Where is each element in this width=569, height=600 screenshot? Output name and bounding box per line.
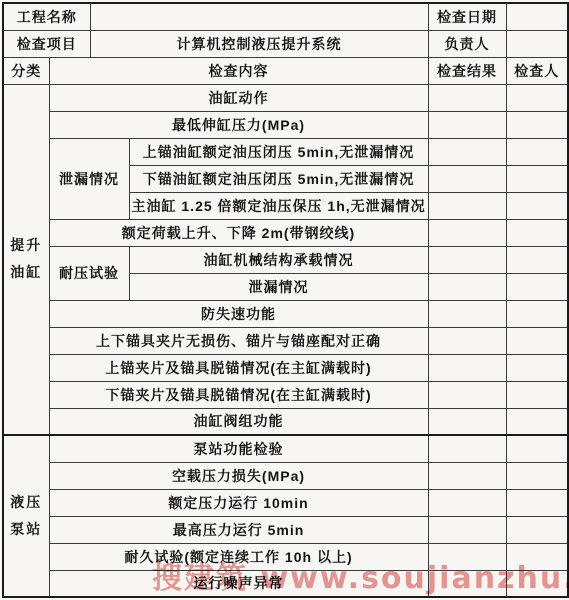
table-row: 液压 泵站 泵站功能检验 [3, 435, 568, 462]
inspector-cell [506, 84, 568, 111]
result-cell [428, 489, 506, 516]
result-cell [428, 246, 506, 273]
inspector-cell [506, 138, 568, 165]
inspection-item-label: 检查项目 [3, 30, 90, 57]
table-row: 耐压试验 油缸机械结构承载情况 [3, 246, 568, 273]
inspection-date-value [506, 3, 568, 30]
column-header-content: 检查内容 [49, 57, 428, 84]
inspector-cell [506, 381, 568, 408]
inspector-cell [506, 192, 568, 219]
content-cell: 最低伸缸压力(MPa) [49, 111, 428, 138]
table-row: 最低伸缸压力(MPa) [3, 111, 568, 138]
content-cell: 额定压力运行 10min [49, 489, 428, 516]
column-header-inspector: 检查人 [506, 57, 568, 84]
result-cell [428, 84, 506, 111]
header-row-project: 工程名称 检查日期 [3, 3, 568, 30]
inspector-cell [506, 300, 568, 327]
result-cell [428, 435, 506, 462]
inspector-cell [506, 435, 568, 462]
project-name-value [90, 3, 428, 30]
result-cell [428, 165, 506, 192]
column-header-row: 分类 检查内容 检查结果 检查人 [3, 57, 568, 84]
content-cell: 最高压力运行 5min [49, 516, 428, 543]
table-row: 上锚夹片及锚具脱锚情况(在主缸满载时) [3, 354, 568, 381]
header-row-item: 检查项目 计算机控制液压提升系统 负责人 [3, 30, 568, 57]
result-cell [428, 408, 506, 435]
group-cell-pressure-test: 耐压试验 [49, 246, 129, 300]
content-cell: 油缸机械结构承载情况 [129, 246, 428, 273]
result-cell [428, 327, 506, 354]
result-cell [428, 273, 506, 300]
inspector-cell [506, 327, 568, 354]
content-cell: 泵站功能检验 [49, 435, 428, 462]
manager-label: 负责人 [428, 30, 506, 57]
inspector-cell [506, 516, 568, 543]
inspection-date-label: 检查日期 [428, 3, 506, 30]
inspector-cell [506, 489, 568, 516]
table-row: 下锚夹片及锚具脱锚情况(在主缸满载时) [3, 381, 568, 408]
content-cell: 主油缸 1.25 倍额定油压保压 1h,无泄漏情况 [129, 192, 428, 219]
inspector-cell [506, 219, 568, 246]
content-cell: 泄漏情况 [129, 273, 428, 300]
result-cell [428, 462, 506, 489]
category-cell-lift-cylinder: 提升 油缸 [3, 84, 49, 435]
inspection-item-value: 计算机控制液压提升系统 [90, 30, 428, 57]
content-cell: 上下锚具夹片无损伤、锚片与锚座配对正确 [49, 327, 428, 354]
result-cell [428, 300, 506, 327]
group-cell-leakage: 泄漏情况 [49, 138, 129, 219]
result-cell [428, 138, 506, 165]
content-cell: 空载压力损失(MPa) [49, 462, 428, 489]
inspector-cell [506, 408, 568, 435]
column-header-category: 分类 [3, 57, 49, 84]
result-cell [428, 111, 506, 138]
inspector-cell [506, 111, 568, 138]
result-cell [428, 219, 506, 246]
inspector-cell [506, 246, 568, 273]
inspector-cell [506, 462, 568, 489]
site-watermark: 搜建筑 www.soujianzhu.cn [152, 553, 569, 597]
manager-value [506, 30, 568, 57]
content-cell: 额定荷载上升、下降 2m(带钢绞线) [49, 219, 428, 246]
table-row: 最高压力运行 5min [3, 516, 568, 543]
content-cell: 防失速功能 [49, 300, 428, 327]
result-cell [428, 192, 506, 219]
inspector-cell [506, 354, 568, 381]
table-row: 防失速功能 [3, 300, 568, 327]
content-cell: 下锚夹片及锚具脱锚情况(在主缸满载时) [49, 381, 428, 408]
content-cell: 油缸动作 [49, 84, 428, 111]
result-cell [428, 381, 506, 408]
result-cell [428, 354, 506, 381]
table-row: 上下锚具夹片无损伤、锚片与锚座配对正确 [3, 327, 568, 354]
content-cell: 油缸阀组功能 [49, 408, 428, 435]
content-cell: 上锚油缸额定油压闭压 5min,无泄漏情况 [129, 138, 428, 165]
inspection-form-table: 工程名称 检查日期 检查项目 计算机控制液压提升系统 负责人 分类 检查内容 检… [2, 2, 569, 598]
inspector-cell [506, 273, 568, 300]
inspector-cell [506, 165, 568, 192]
table-row: 额定荷载上升、下降 2m(带钢绞线) [3, 219, 568, 246]
table-row: 额定压力运行 10min [3, 489, 568, 516]
content-cell: 上锚夹片及锚具脱锚情况(在主缸满载时) [49, 354, 428, 381]
content-cell: 下锚油缸额定油压闭压 5min,无泄漏情况 [129, 165, 428, 192]
table-row: 油缸阀组功能 [3, 408, 568, 435]
table-row: 泄漏情况 上锚油缸额定油压闭压 5min,无泄漏情况 [3, 138, 568, 165]
table-row: 提升 油缸 油缸动作 [3, 84, 568, 111]
category-cell-pump-station: 液压 泵站 [3, 435, 49, 597]
project-name-label: 工程名称 [3, 3, 90, 30]
result-cell [428, 516, 506, 543]
column-header-result: 检查结果 [428, 57, 506, 84]
table-row: 空载压力损失(MPa) [3, 462, 568, 489]
